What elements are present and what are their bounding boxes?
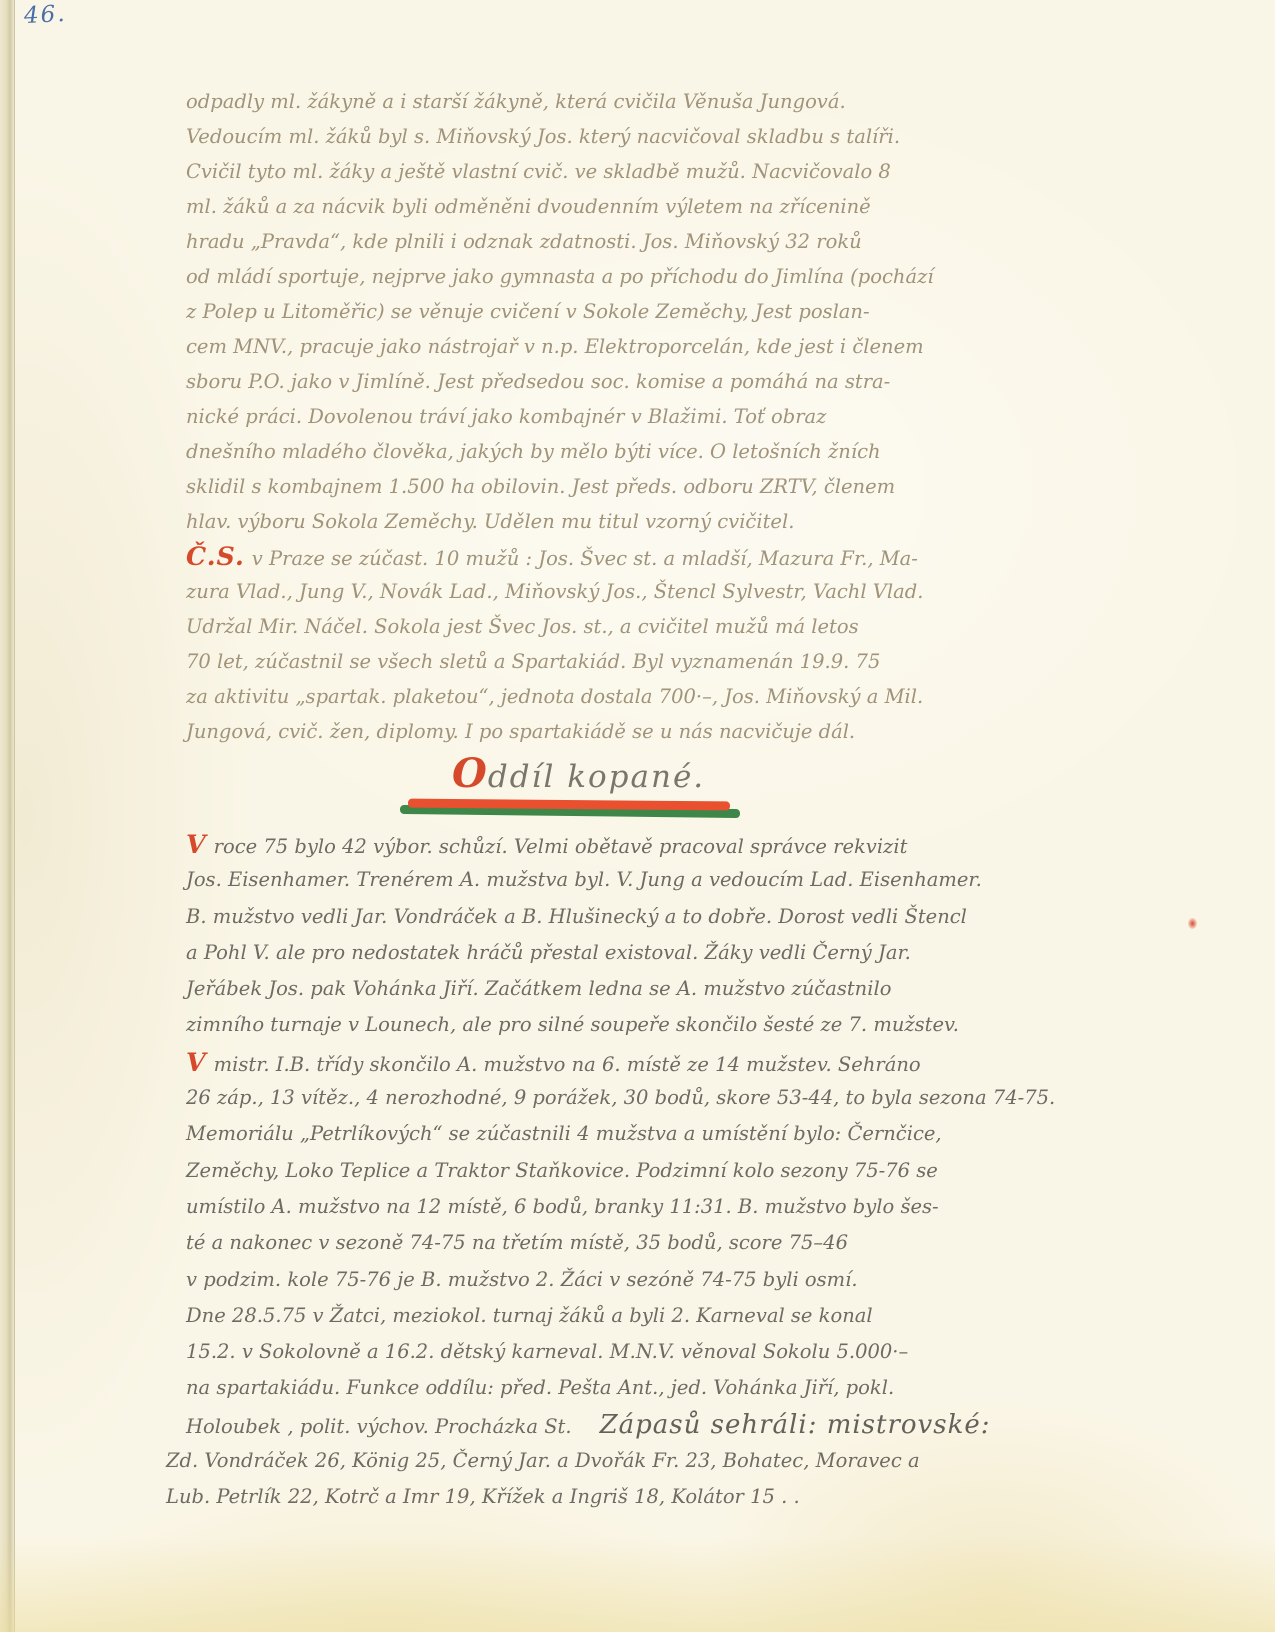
- line-text: Holoubek , polit. výchov. Procházka St.: [186, 1415, 572, 1438]
- line-text: 15.2. v Sokolovně a 16.2. dětský karneva…: [186, 1340, 908, 1363]
- heading-text: ddíl kopané.: [488, 759, 705, 795]
- line-text: nické práci. Dovolenou tráví jako kombaj…: [186, 405, 826, 428]
- handwritten-line: od mládí sportuje, nejprve jako gymnasta…: [186, 259, 1196, 294]
- page-number: 46.: [23, 1, 67, 29]
- handwritten-line: v podzim. kole 75-76 je B. mužstvo 2. Žá…: [186, 1262, 1196, 1298]
- handwritten-line: Udržal Mir. Náčel. Sokola jest Švec Jos.…: [186, 609, 1196, 644]
- paper-stain: [0, 1537, 1275, 1632]
- emphasized-text: Zápasů sehráli: mistrovské:: [600, 1410, 991, 1440]
- line-text: Vedoucím ml. žáků byl s. Miňovský Jos. k…: [186, 125, 900, 148]
- line-text: sboru P.O. jako v Jimlíně. Jest předsedo…: [186, 370, 890, 393]
- handwritten-line: B. mužstvo vedli Jar. Vondráček a B. Hlu…: [186, 899, 1196, 935]
- handwritten-line: Jeřábek Jos. pak Vohánka Jiří. Začátkem …: [186, 971, 1196, 1007]
- line-text: Lub. Petrlík 22, Kotrč a Imr 19, Křížek …: [166, 1485, 800, 1508]
- handwritten-line: a Pohl V. ale pro nedostatek hráčů přest…: [186, 935, 1196, 971]
- line-text: hradu „Pravda“, kde plnili i odznak zdat…: [186, 230, 862, 253]
- line-text: odpadly ml. žákyně a i starší žákyně, kt…: [186, 90, 846, 113]
- line-text: z Polep u Litoměřic) se věnuje cvičení v…: [186, 300, 870, 323]
- handwritten-line: cem MNV., pracuje jako nástrojař v n.p. …: [186, 329, 1196, 364]
- line-text: Zd. Vondráček 26, König 25, Černý Jar. a…: [166, 1449, 920, 1472]
- line-text: roce 75 bylo 42 výbor. schůzí. Velmi obě…: [214, 835, 908, 858]
- handwritten-line: z Polep u Litoměřic) se věnuje cvičení v…: [186, 294, 1196, 329]
- paragraph-oddil-kopane: Vroce 75 bylo 42 výbor. schůzí. Velmi ob…: [186, 826, 1196, 1516]
- handwritten-line: 15.2. v Sokolovně a 16.2. dětský karneva…: [186, 1334, 1196, 1370]
- handwritten-line: hradu „Pravda“, kde plnili i odznak zdat…: [186, 224, 1196, 259]
- line-text: mistr. I.B. třídy skončilo A. mužstvo na…: [214, 1053, 921, 1076]
- line-text: sklidil s kombajnem 1.500 ha obilovin. J…: [186, 475, 895, 498]
- handwritten-line: 26 záp., 13 vítěz., 4 nerozhodné, 9 porá…: [186, 1080, 1196, 1116]
- handwritten-line: ml. žáků a za nácvik byli odměněni dvoud…: [186, 189, 1196, 224]
- line-text: cem MNV., pracuje jako nástrojař v n.p. …: [186, 335, 924, 358]
- line-text: té a nakonec v sezoně 74-75 na třetím mí…: [186, 1231, 848, 1254]
- handwritten-line: Memoriálu „Petrlíkových“ se zúčastnili 4…: [186, 1116, 1196, 1152]
- red-initial: V: [186, 829, 207, 859]
- line-text: Jungová, cvič. žen, diplomy. I po sparta…: [186, 720, 855, 743]
- line-text: Udržal Mir. Náčel. Sokola jest Švec Jos.…: [186, 615, 859, 638]
- handwritten-line: Cvičil tyto ml. žáky a ještě vlastní cvi…: [186, 154, 1196, 189]
- line-text: 70 let, zúčastnil se všech sletů a Spart…: [186, 650, 880, 673]
- handwritten-line: Jungová, cvič. žen, diplomy. I po sparta…: [186, 714, 1196, 749]
- handwritten-line: Jos. Eisenhamer. Trenérem A. mužstva byl…: [186, 862, 1196, 898]
- line-text: Dne 28.5.75 v Žatci, meziokol. turnaj žá…: [186, 1304, 873, 1327]
- line-text: a Pohl V. ale pro nedostatek hráčů přest…: [186, 941, 911, 964]
- handwritten-line: Zeměchy, Loko Teplice a Traktor Staňkovi…: [186, 1153, 1196, 1189]
- line-text: umístilo A. mužstvo na 12 místě, 6 bodů,…: [186, 1195, 939, 1218]
- page-binding-edge: [0, 0, 15, 1632]
- line-text: Jos. Eisenhamer. Trenérem A. mužstva byl…: [186, 868, 982, 891]
- handwritten-line: Holoubek , polit. výchov. Procházka St.Z…: [186, 1407, 1196, 1443]
- red-ink-speck: [1188, 918, 1197, 929]
- line-text: zimního turnaje v Lounech, ale pro silné…: [186, 1013, 959, 1036]
- handwritten-line: zura Vlad., Jung V., Novák Lad., Miňovsk…: [186, 574, 1196, 609]
- line-text: Jeřábek Jos. pak Vohánka Jiří. Začátkem …: [186, 977, 891, 1000]
- handwritten-line: umístilo A. mužstvo na 12 místě, 6 bodů,…: [186, 1189, 1196, 1225]
- line-text: na spartakiádu. Funkce oddílu: před. Peš…: [186, 1376, 894, 1399]
- handwritten-line: odpadly ml. žákyně a i starší žákyně, kt…: [186, 84, 1196, 119]
- line-text: Cvičil tyto ml. žáky a ještě vlastní cvi…: [186, 160, 891, 183]
- line-text: zura Vlad., Jung V., Novák Lad., Miňovsk…: [186, 580, 923, 603]
- handwritten-line: té a nakonec v sezoně 74-75 na třetím mí…: [186, 1225, 1196, 1261]
- handwritten-line: Lub. Petrlík 22, Kotrč a Imr 19, Křížek …: [166, 1479, 1196, 1515]
- line-text: dnešního mladého člověka, jakých by mělo…: [186, 440, 881, 463]
- section-heading: Oddíl kopané.: [452, 750, 705, 797]
- line-text: 26 záp., 13 vítěz., 4 nerozhodné, 9 porá…: [186, 1086, 1055, 1109]
- handwritten-line: sboru P.O. jako v Jimlíně. Jest předsedo…: [186, 364, 1196, 399]
- paragraph-sokol-mladez: odpadly ml. žákyně a i starší žákyně, kt…: [186, 84, 1196, 749]
- line-text: Zeměchy, Loko Teplice a Traktor Staňkovi…: [186, 1159, 938, 1182]
- handwritten-line: 70 let, zúčastnil se všech sletů a Spart…: [186, 644, 1196, 679]
- line-text: ml. žáků a za nácvik byli odměněni dvoud…: [186, 195, 871, 218]
- handwritten-line: Dne 28.5.75 v Žatci, meziokol. turnaj žá…: [186, 1298, 1196, 1334]
- line-text: v Praze se zúčast. 10 mužů : Jos. Švec s…: [252, 547, 918, 570]
- line-text: od mládí sportuje, nejprve jako gymnasta…: [186, 265, 934, 288]
- handwritten-line: Zd. Vondráček 26, König 25, Černý Jar. a…: [166, 1443, 1196, 1479]
- handwritten-line: na spartakiádu. Funkce oddílu: před. Peš…: [186, 1370, 1196, 1406]
- line-text: B. mužstvo vedli Jar. Vondráček a B. Hlu…: [186, 905, 967, 928]
- line-text: v podzim. kole 75-76 je B. mužstvo 2. Žá…: [186, 1268, 858, 1291]
- handwritten-line: Vroce 75 bylo 42 výbor. schůzí. Velmi ob…: [186, 826, 1196, 862]
- handwritten-line: dnešního mladého člověka, jakých by mělo…: [186, 434, 1196, 469]
- handwritten-line: Č.S.v Praze se zúčast. 10 mužů : Jos. Šv…: [186, 539, 1196, 574]
- line-text: za aktivitu „spartak. plaketou“, jednota…: [186, 685, 923, 708]
- handwritten-line: Vmistr. I.B. třídy skončilo A. mužstvo n…: [186, 1044, 1196, 1080]
- chronicle-page: 46. odpadly ml. žákyně a i starší žákyně…: [0, 0, 1275, 1632]
- handwritten-line: nické práci. Dovolenou tráví jako kombaj…: [186, 399, 1196, 434]
- handwritten-line: Vedoucím ml. žáků byl s. Miňovský Jos. k…: [186, 119, 1196, 154]
- handwritten-line: sklidil s kombajnem 1.500 ha obilovin. J…: [186, 469, 1196, 504]
- handwritten-line: za aktivitu „spartak. plaketou“, jednota…: [186, 679, 1196, 714]
- line-text: hlav. výboru Sokola Zeměchy. Udělen mu t…: [186, 510, 794, 533]
- handwritten-line: hlav. výboru Sokola Zeměchy. Udělen mu t…: [186, 504, 1196, 539]
- red-initial: Č.S.: [186, 541, 245, 571]
- line-text: Memoriálu „Petrlíkových“ se zúčastnili 4…: [186, 1122, 942, 1145]
- red-initial: V: [186, 1047, 207, 1077]
- heading-initial: O: [452, 750, 488, 797]
- handwritten-line: zimního turnaje v Lounech, ale pro silné…: [186, 1007, 1196, 1043]
